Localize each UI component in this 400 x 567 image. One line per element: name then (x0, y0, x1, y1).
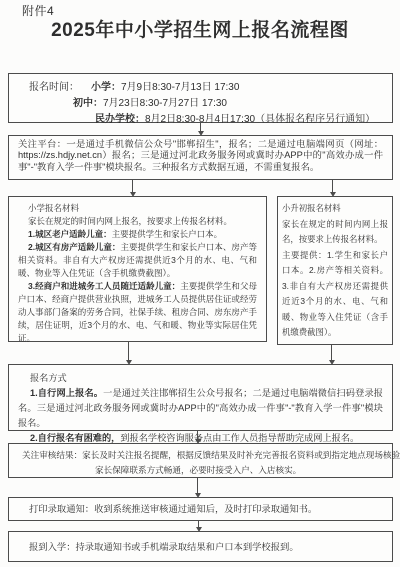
review-line-2: 家长保障联系方式畅通，必要时接受入户、入店核实。 (9, 463, 392, 478)
flow-arrow-1 (200, 123, 201, 132)
flow-arrow-8 (198, 521, 199, 528)
primary-materials-item-3: 3.经商户和进城务工人员随迁适龄儿童：主要提供学生和父母户口本、经商户提供营业执… (18, 280, 257, 345)
time-row-primary: 报名时间：小学：7月9日8:30-7月13日 17:30 (9, 80, 392, 96)
flow-arrow-5 (331, 345, 332, 361)
junior-materials-intro: 家长在规定的时间内网上报名，按要求上传报名材料。 (282, 217, 388, 248)
platform-text: 关注平台：一是通过手机微信公众号"邯郸招生"，报名；二是通过电脑端网页（网址：h… (18, 139, 383, 172)
time-row-junior: 初中：7月23日8:30-7月27日 17:30 (9, 96, 392, 112)
method-item-1: 1.自行网上报名。一是通过关注邯郸招生公众号报名；二是通过电脑端微信扫码登录报名… (18, 386, 383, 431)
review-box: 关注审核结果：家长及时关注报名提醒，根据反馈结果及时补充完善报名资料或到指定地点… (8, 443, 393, 478)
document-page: 附件4 2025年中小学招生网上报名流程图 报名时间：小学：7月9日8:30-7… (0, 0, 400, 567)
flow-arrow-7 (197, 478, 198, 494)
enroll-box: 报到入学：持录取通知书或手机端录取结果和户口本到学校报到。 (8, 531, 393, 562)
page-title: 2025年中小学招生网上报名流程图 (0, 15, 400, 42)
flow-arrow-3 (332, 180, 333, 193)
primary-item-2-label: 2.城区有房产适龄儿童： (28, 242, 120, 252)
registration-time-box: 报名时间：小学：7月9日8:30-7月13日 17:30 初中：7月23日8:3… (8, 73, 393, 123)
flow-arrow-2 (132, 180, 133, 193)
time-term-private: 民办学校： (95, 114, 145, 125)
time-term-primary: 小学： (91, 82, 121, 93)
time-value-junior: 7月23日8:30-7月27日 17:30 (103, 98, 227, 109)
primary-materials-box: 小学报名材料 家长在规定的时间内网上报名，按要求上传报名材料。 1.城区老户适龄… (8, 196, 267, 342)
enroll-text: 报到入学：持录取通知书或手机端录取结果和户口本到学校报到。 (29, 542, 299, 552)
primary-item-1-label: 1.城区老户适龄儿童： (28, 229, 112, 239)
platform-box: 关注平台：一是通过手机微信公众号"邯郸招生"，报名；二是通过电脑端网页（网址：h… (8, 135, 393, 180)
method-title: 报名方式 (18, 371, 383, 386)
primary-materials-intro: 家长在规定的时间内网上报名，按要求上传报名材料。 (18, 215, 257, 228)
time-value-private: 8月2日8:30-8月4日17:30（具体报名程序另行通知） (145, 114, 375, 125)
primary-item-3-label: 3.经商户和进城务工人员随迁适龄儿童： (28, 281, 180, 291)
junior-materials-text: 主要提供：1.学生和家长户口本。2.房产等相关资料。3.非自有大产权房还需提供近… (282, 248, 388, 341)
review-line-1: 关注审核结果：家长及时关注报名提醒，根据反馈结果及时补充完善报名资料或到指定地点… (9, 448, 392, 463)
junior-materials-box: 小升初报名材料 家长在规定的时间内网上报名，按要求上传报名材料。 主要提供：1.… (277, 196, 393, 345)
time-value-primary: 7月9日8:30-7月13日 17:30 (121, 82, 239, 93)
method-item-2-text: 到报名学校咨询服务点由工作人员指导帮助完成网上报名。 (120, 433, 359, 443)
time-term-junior: 初中： (73, 98, 103, 109)
primary-materials-item-2: 2.城区有房产适龄儿童：主要提供学生和家长户口本、房产等相关资料。非自有大产权房… (18, 241, 257, 280)
print-notice-text: 打印录取通知：收到系统推送审核通过通知后，及时打印录取通知书。 (29, 504, 317, 514)
method-item-2-label: 2.自行报名有困难的， (30, 433, 120, 443)
flow-arrow-6 (197, 431, 198, 440)
time-box-label: 报名时间： (29, 82, 79, 93)
flow-arrow-4 (128, 342, 129, 361)
primary-materials-item-1: 1.城区老户适龄儿童：主要提供学生和家长户口本。 (18, 228, 257, 241)
primary-item-1-text: 主要提供学生和家长户口本。 (112, 229, 223, 239)
method-item-1-label: 1.自行网上报名。 (30, 388, 103, 398)
primary-materials-title: 小学报名材料 (18, 202, 257, 215)
print-notice-box: 打印录取通知：收到系统推送审核通过通知后，及时打印录取通知书。 (8, 497, 393, 521)
method-box: 报名方式 1.自行网上报名。一是通过关注邯郸招生公众号报名；二是通过电脑端微信扫… (8, 364, 393, 431)
junior-materials-title: 小升初报名材料 (282, 201, 388, 217)
